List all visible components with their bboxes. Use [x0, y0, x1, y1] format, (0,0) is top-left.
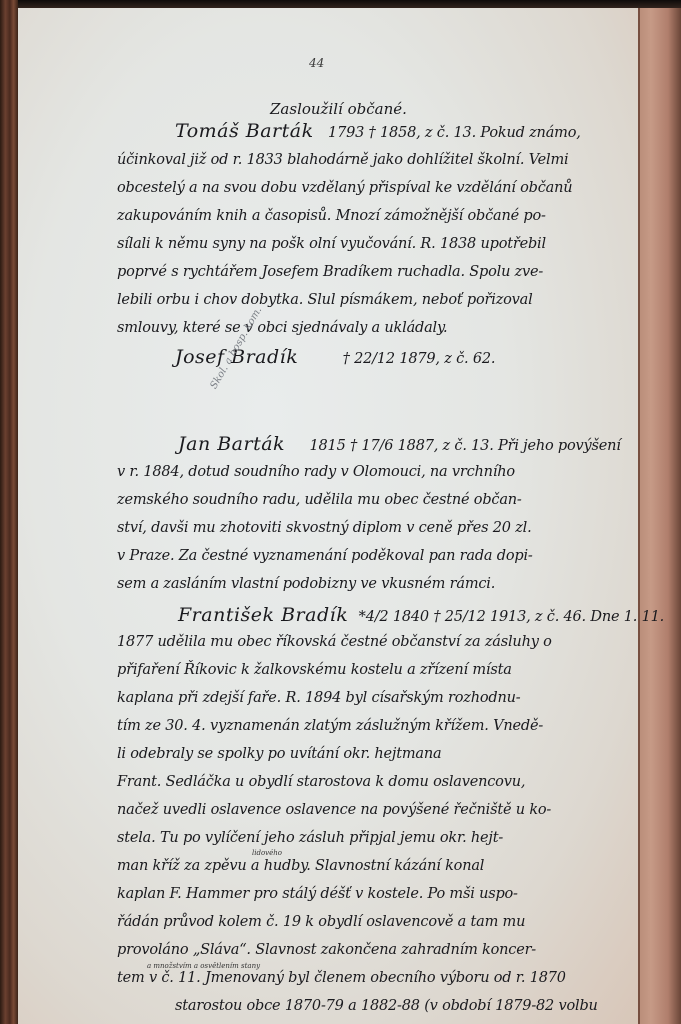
entry-line: obcestelý a na svou dobu vzdělaný přispí… [117, 180, 572, 196]
entry-line: Frant. Sedláčka u obydlí starostova k do… [117, 774, 525, 790]
entry-line: přifaření Říkovic k žalkovskému kostelu … [117, 662, 512, 678]
entry-line: kaplana při zdejší faře. R. 1894 byl cís… [117, 690, 520, 706]
entry-line: sílali k němu syny na pošk olní vyučován… [117, 236, 546, 252]
entry-line: lebili orbu i chov dobytka. Slul písmáke… [117, 292, 533, 308]
entry-line: smlouvy, které se v obci sjednávaly a uk… [117, 320, 447, 336]
entry-dates: 1815 † 17/6 1887, z č. 13. [310, 438, 494, 454]
entry-line: provoláno „Sláva“. Slavnost zakončena za… [117, 942, 536, 958]
entry-line: v Praze. Za čestné vyznamenání poděkoval… [117, 548, 533, 564]
entry-heading: František Bradík *4/2 1840 † 25/12 1913,… [178, 604, 664, 626]
entry-line: li odebraly se spolky po uvítání okr. he… [117, 746, 441, 762]
entry-line: řádán průvod kolem č. 19 k obydlí oslave… [117, 914, 525, 930]
entry-name: Tomáš Barták [175, 120, 314, 142]
entry-line: tím ze 30. 4. vyznamenán zlatým záslužný… [117, 718, 543, 734]
entry-heading: Jan Barták 1815 † 17/6 1887, z č. 13. Př… [178, 433, 621, 455]
entry-line: kaplan F. Hammer pro stálý déšť v kostel… [117, 886, 518, 902]
entry-heading: Tomáš Barták 1793 † 1858, z č. 13. Pokud… [175, 120, 581, 142]
entry-dates: † 22/12 1879, z č. 62. [343, 351, 496, 367]
handwritten-text: 44 Zasloužilí občané. Tomáš Barták 1793 … [0, 0, 681, 1024]
page-number: 44 [309, 56, 324, 70]
entry-dates: 1793 † 1858, z č. 13. [328, 125, 476, 141]
entry-line: ství, davši mu zhotoviti skvostný diplom… [117, 520, 532, 536]
entry-name: Jan Barták [178, 433, 285, 455]
interlinear-note: a množstvím a osvětlením stany [147, 962, 260, 970]
section-title: Zasloužilí občané. [270, 100, 407, 118]
entry-line: poprvé s rychtářem Josefem Bradíkem ruch… [117, 264, 543, 280]
entry-line: Pokud známo, [480, 125, 580, 141]
entry-line: Dne 1. 11. [590, 609, 664, 625]
entry-line: tem v č. 11. Jmenovaný byl členem obecní… [117, 970, 566, 986]
entry-line: načež uvedli oslavence oslavence na pový… [117, 802, 551, 818]
entry-dates: *4/2 1840 † 25/12 1913, z č. 46. [359, 609, 586, 625]
entry-line: Při jeho povýšení [498, 438, 621, 454]
entry-line: starostou obce 1870-79 a 1882-88 (v obdo… [175, 998, 598, 1014]
entry-line: man kříž za zpěvu a hudby. Slavnostní ká… [117, 858, 484, 874]
entry-line: účinkoval již od r. 1833 blahodárně jako… [117, 152, 568, 168]
interlinear-note: lidového [252, 849, 282, 857]
entry-line: stela. Tu po vylíčení jeho zásluh připja… [117, 830, 503, 846]
entry-line: v r. 1884, dotud soudního rady v Olomouc… [117, 464, 515, 480]
entry-line: zemského soudního radu, udělila mu obec … [117, 492, 522, 508]
entry-name: František Bradík [178, 604, 348, 626]
entry-line: 1877 udělila mu obec říkovská čestné obč… [117, 634, 552, 650]
entry-line: sem a zasláním vlastní podobizny ve vkus… [117, 576, 495, 592]
entry-line: zakupováním knih a časopisů. Mnozí zámož… [117, 208, 546, 224]
